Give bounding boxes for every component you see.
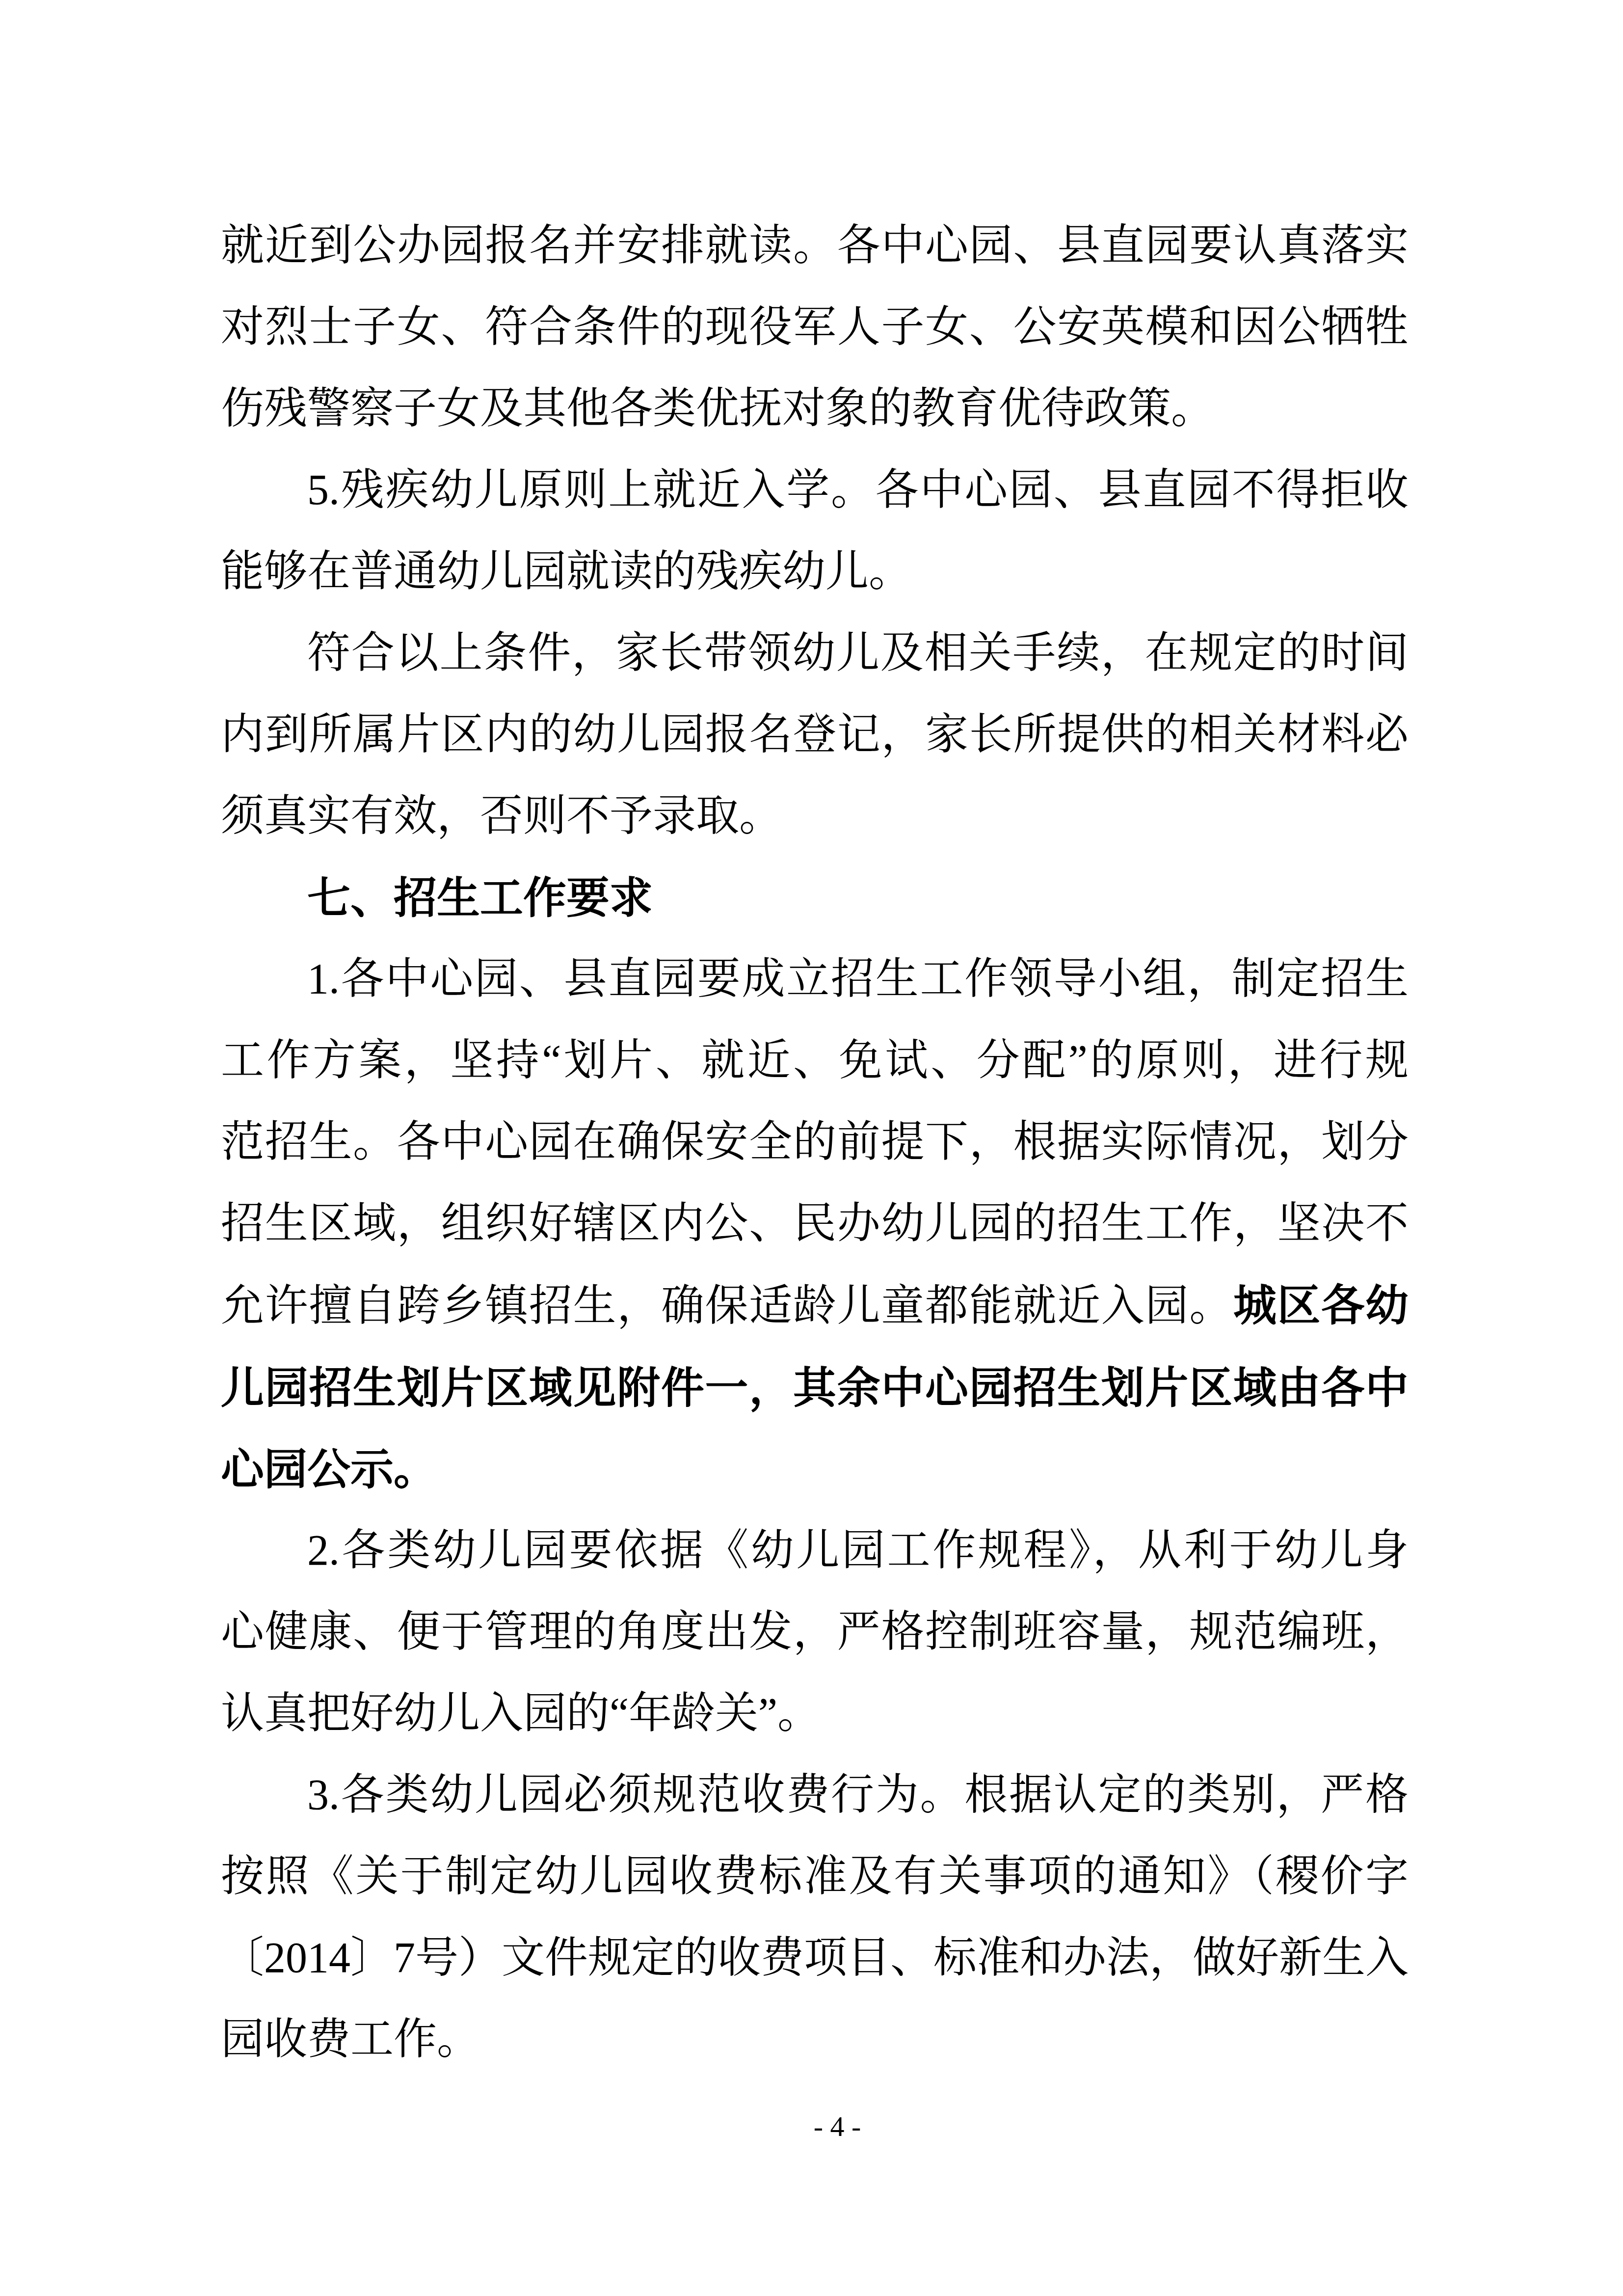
- text-line: 儿园招生划片区域见附件一，其余中心园招生划片区域由各中: [221, 1347, 1409, 1429]
- text-line: 就近到公办园报名并安排就读。各中心园、县直园要认真落实: [221, 205, 1409, 287]
- text-line: 范招生。各中心园在确保安全的前提下，根据实际情况，划分: [221, 1102, 1409, 1183]
- section-heading: 七、招生工作要求: [221, 857, 1409, 939]
- document-page: 就近到公办园报名并安排就读。各中心园、县直园要认真落实 对烈士子女、符合条件的现…: [0, 0, 1623, 2296]
- text-line: 3.各类幼儿园必须规范收费行为。根据认定的类别，严格: [221, 1755, 1409, 1836]
- text-line: 内到所属片区内的幼儿园报名登记，家长所提供的相关材料必: [221, 694, 1409, 776]
- text-line: 对烈士子女、符合条件的现役军人子女、公安英模和因公牺牲: [221, 287, 1409, 368]
- page-number: - 4 -: [690, 2102, 984, 2151]
- text-line: 园收费工作。: [221, 1999, 1409, 2080]
- text-line: 2.各类幼儿园要依据《幼儿园工作规程》，从利于幼儿身: [221, 1510, 1409, 1592]
- text-line: 能够在普通幼儿园就读的残疾幼儿。: [221, 531, 1409, 613]
- text-line: 按照《关于制定幼儿园收费标准及有关事项的通知》（稷价字: [221, 1836, 1409, 1918]
- text-line: 5.残疾幼儿原则上就近入学。各中心园、县直园不得拒收: [221, 450, 1409, 531]
- text-line: 〔2014〕7号）文件规定的收费项目、标准和办法，做好新生入: [221, 1918, 1409, 1999]
- text-line: 工作方案，坚持“划片、就近、免试、分配”的原则，进行规: [221, 1020, 1409, 1102]
- text-line: 心健康、便于管理的角度出发，严格控制班容量，规范编班，: [221, 1592, 1409, 1673]
- text-line: 心园公示。: [221, 1429, 1409, 1510]
- text-line: 符合以上条件，家长带领幼儿及相关手续，在规定的时间: [221, 613, 1409, 694]
- text-run: 允许擅自跨乡镇招生，确保适龄儿童都能就近入园。: [221, 1282, 1233, 1330]
- text-line: 1.各中心园、县直园要成立招生工作领导小组，制定招生: [221, 939, 1409, 1020]
- text-line: 允许擅自跨乡镇招生，确保适龄儿童都能就近入园。城区各幼: [221, 1265, 1409, 1347]
- text-line: 伤残警察子女及其他各类优抚对象的教育优待政策。: [221, 368, 1409, 450]
- text-line: 招生区域，组织好辖区内公、民办幼儿园的招生工作，坚决不: [221, 1183, 1409, 1265]
- text-line: 认真把好幼儿入园的“年龄关”。: [221, 1673, 1409, 1755]
- document-body: 就近到公办园报名并安排就读。各中心园、县直园要认真落实 对烈士子女、符合条件的现…: [221, 205, 1409, 2080]
- text-line: 须真实有效，否则不予录取。: [221, 776, 1409, 857]
- bold-text-run: 城区各幼: [1233, 1281, 1409, 1329]
